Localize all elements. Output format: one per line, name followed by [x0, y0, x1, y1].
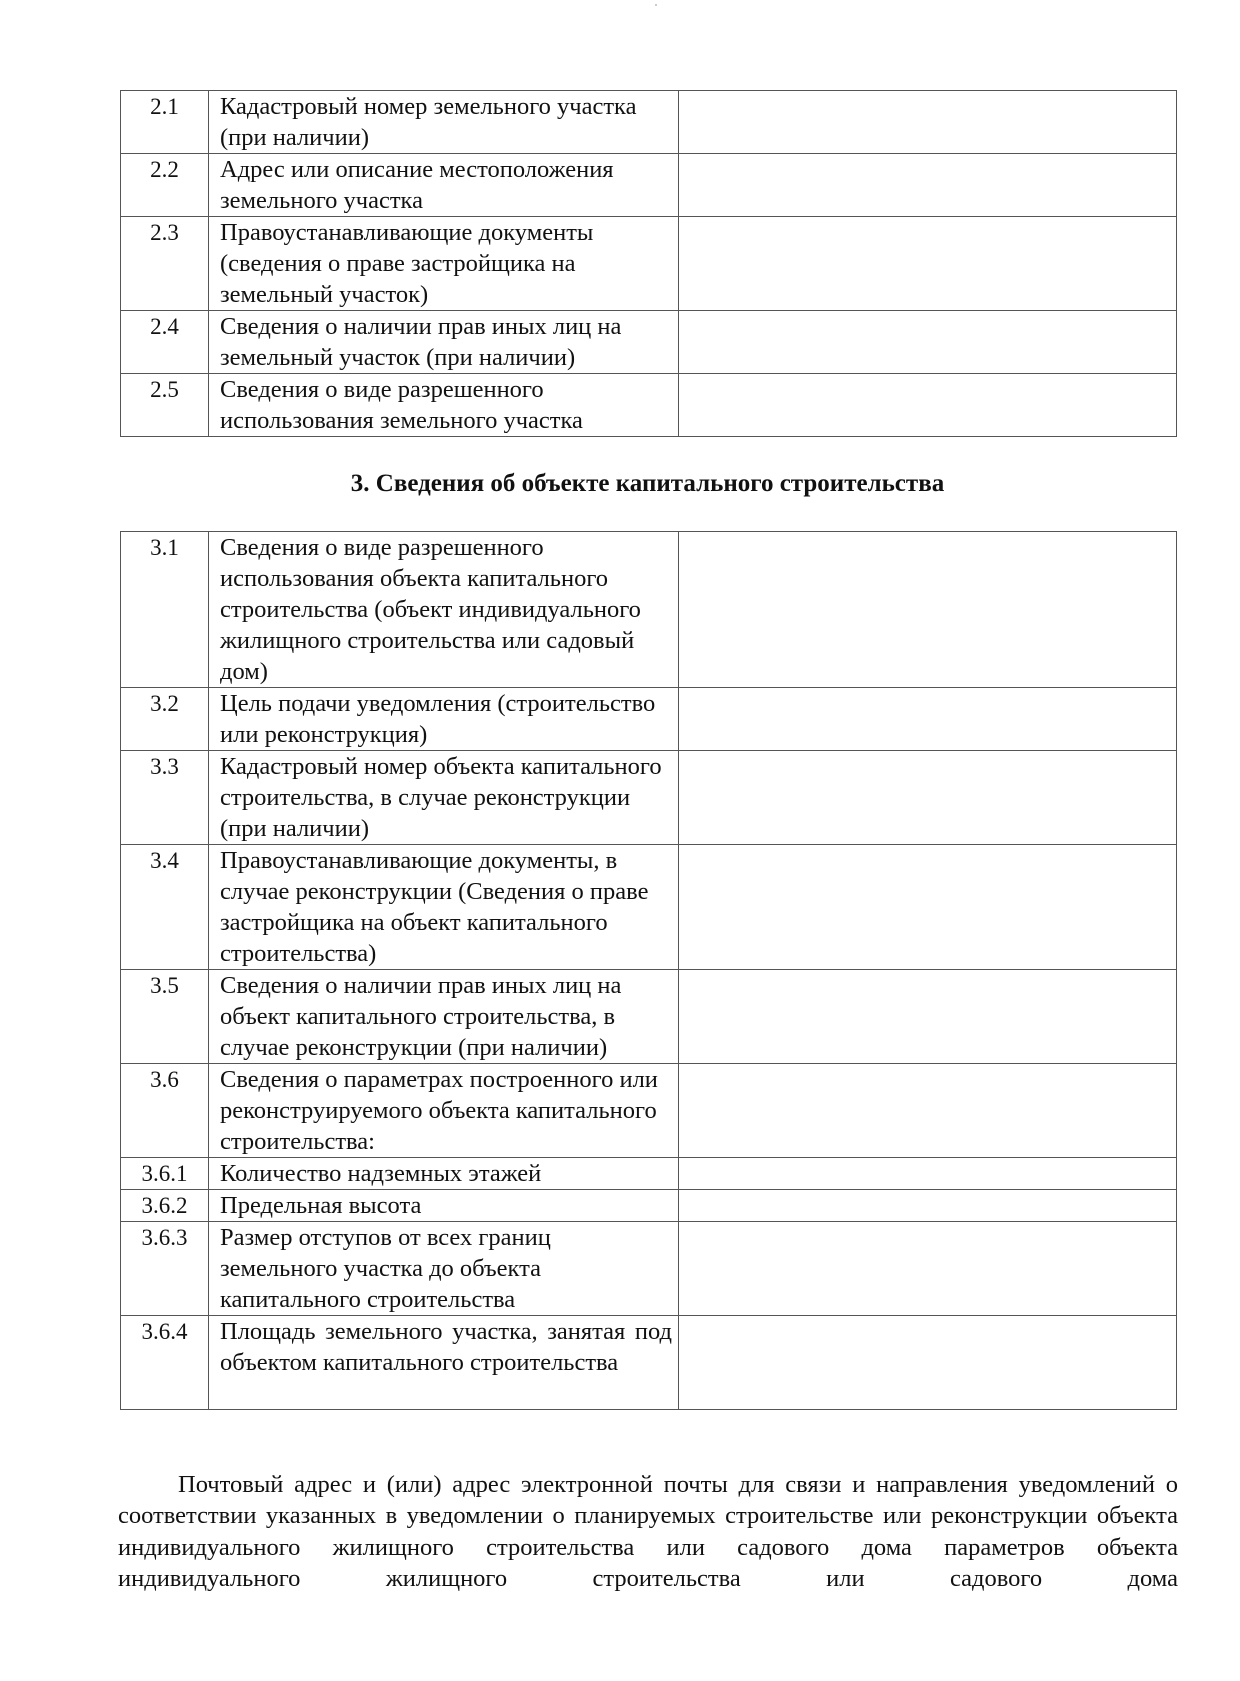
- row-number: 3.4: [121, 845, 209, 970]
- row-label: Правоустанавливающие документы (сведения…: [209, 217, 679, 311]
- row-number: 3.6: [121, 1064, 209, 1158]
- row-number: 3.5: [121, 970, 209, 1064]
- table-row: 3.5 Сведения о наличии прав иных лиц на …: [121, 970, 1177, 1064]
- row-value-field[interactable]: [679, 154, 1177, 217]
- row-label: Сведения о наличии прав иных лиц на земе…: [209, 311, 679, 374]
- row-label: Сведения о параметрах построенного или р…: [209, 1064, 679, 1158]
- row-value-field[interactable]: [679, 1222, 1177, 1316]
- row-label: Сведения о наличии прав иных лиц на объе…: [209, 970, 679, 1064]
- row-value-field[interactable]: [679, 688, 1177, 751]
- row-number: 2.3: [121, 217, 209, 311]
- table-row: 3.6.1 Количество надземных этажей: [121, 1158, 1177, 1190]
- row-label: Количество надземных этажей: [209, 1158, 679, 1190]
- row-number: 3.6.1: [121, 1158, 209, 1190]
- row-value-field[interactable]: [679, 91, 1177, 154]
- table-row: 2.4 Сведения о наличии прав иных лиц на …: [121, 311, 1177, 374]
- table-row: 3.6 Сведения о параметрах построенного и…: [121, 1064, 1177, 1158]
- row-value-field[interactable]: [679, 1158, 1177, 1190]
- row-value-field[interactable]: [679, 970, 1177, 1064]
- row-value-field[interactable]: [679, 374, 1177, 437]
- row-label: Адрес или описание местоположения земель…: [209, 154, 679, 217]
- table-row: 3.6.2 Предельная высота: [121, 1190, 1177, 1222]
- section-3-heading: 3. Сведения об объекте капитального стро…: [0, 470, 1240, 498]
- table-row: 3.6.3 Размер отступов от всех границ зем…: [121, 1222, 1177, 1316]
- row-number: 3.6.4: [121, 1316, 209, 1410]
- capital-construction-info-table: 3.1 Сведения о виде разрешенного использ…: [120, 531, 1177, 1410]
- row-value-field[interactable]: [679, 311, 1177, 374]
- row-label: Предельная высота: [209, 1190, 679, 1222]
- row-number: 2.2: [121, 154, 209, 217]
- row-label: Цель подачи уведомления (строительство и…: [209, 688, 679, 751]
- document-page: 2.1 Кадастровый номер земельного участка…: [0, 0, 1240, 1681]
- row-label: Размер отступов от всех границ земельног…: [209, 1222, 679, 1316]
- table-row: 3.6.4 Площадь земельного участка, занята…: [121, 1316, 1177, 1410]
- row-number: 3.2: [121, 688, 209, 751]
- row-label: Правоустанавливающие документы, в случае…: [209, 845, 679, 970]
- row-label: Сведения о виде разрешенного использован…: [209, 374, 679, 437]
- row-number: 3.6.2: [121, 1190, 209, 1222]
- table-row: 2.5 Сведения о виде разрешенного использ…: [121, 374, 1177, 437]
- row-label: Площадь земельного участка, занятая под …: [209, 1316, 679, 1410]
- row-value-field[interactable]: [679, 845, 1177, 970]
- table-row: 2.1 Кадастровый номер земельного участка…: [121, 91, 1177, 154]
- row-label: Кадастровый номер объекта капитального с…: [209, 751, 679, 845]
- land-plot-info-table: 2.1 Кадастровый номер земельного участка…: [120, 90, 1177, 437]
- row-label: Сведения о виде разрешенного использован…: [209, 532, 679, 688]
- row-number: 2.5: [121, 374, 209, 437]
- row-value-field[interactable]: [679, 751, 1177, 845]
- table-row: 3.1 Сведения о виде разрешенного использ…: [121, 532, 1177, 688]
- row-number: 2.1: [121, 91, 209, 154]
- row-number: 3.3: [121, 751, 209, 845]
- table-row: 3.2 Цель подачи уведомления (строительст…: [121, 688, 1177, 751]
- row-number: 2.4: [121, 311, 209, 374]
- contact-address-paragraph: Почтовый адрес и (или) адрес электронной…: [118, 1469, 1178, 1595]
- row-value-field[interactable]: [679, 1316, 1177, 1410]
- row-value-field[interactable]: [679, 1190, 1177, 1222]
- row-number: 3.6.3: [121, 1222, 209, 1316]
- table-row: 3.3 Кадастровый номер объекта капитально…: [121, 751, 1177, 845]
- row-label: Кадастровый номер земельного участка (пр…: [209, 91, 679, 154]
- table-row: 3.4 Правоустанавливающие документы, в сл…: [121, 845, 1177, 970]
- table-row: 2.2 Адрес или описание местоположения зе…: [121, 154, 1177, 217]
- row-number: 3.1: [121, 532, 209, 688]
- table-row: 2.3 Правоустанавливающие документы (свед…: [121, 217, 1177, 311]
- row-value-field[interactable]: [679, 1064, 1177, 1158]
- scan-artifact: [655, 4, 657, 6]
- row-value-field[interactable]: [679, 217, 1177, 311]
- row-value-field[interactable]: [679, 532, 1177, 688]
